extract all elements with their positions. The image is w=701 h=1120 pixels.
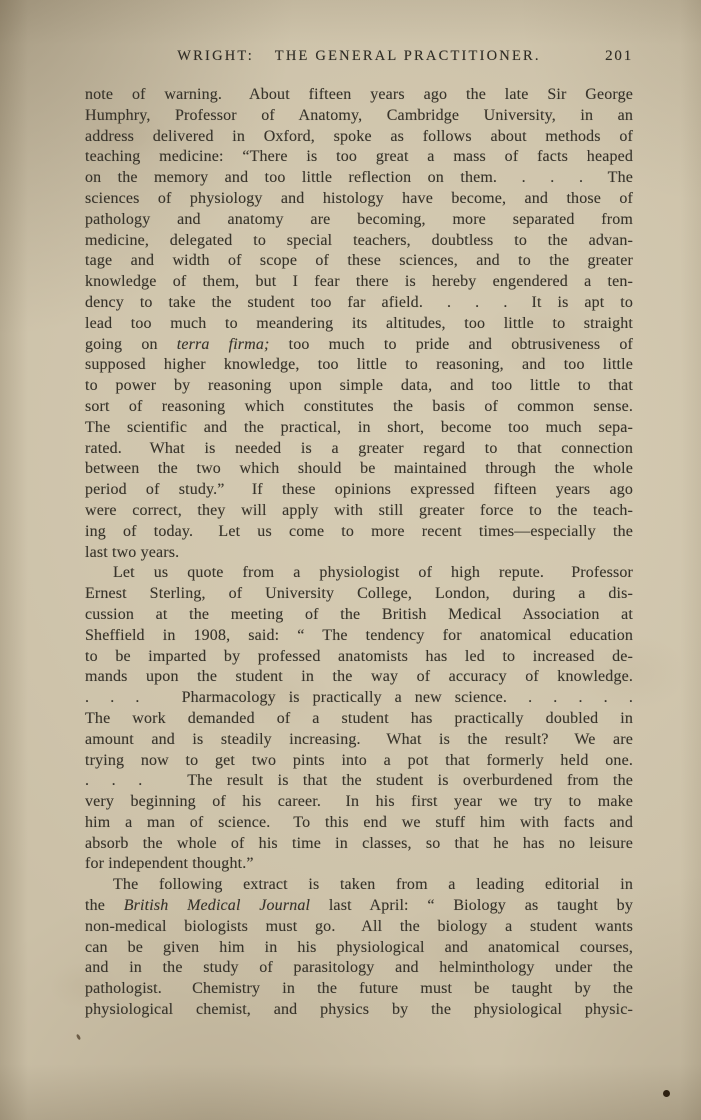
ink-speck: [76, 1034, 82, 1041]
ink-speck: [663, 1090, 670, 1097]
text-segment: Humphry, Professor of Anatomy, Cambridge…: [85, 107, 633, 124]
text-line: . . . The result is that the student is …: [85, 771, 633, 792]
text-segment: Sheffield in 1908, said: “ The tendency …: [85, 627, 633, 644]
text-line: Let us quote from a physiologist of high…: [85, 563, 633, 584]
text-line: going on terra firma; too much to pride …: [85, 335, 633, 356]
text-segment: The work demanded of a student has pract…: [85, 710, 633, 727]
italic-text-segment: terra firma;: [177, 336, 270, 353]
text-line: amount and is steadily increasing. What …: [85, 730, 633, 751]
text-line: note of warning. About fifteen years ago…: [85, 85, 633, 106]
text-segment: mands upon the student in the way of acc…: [85, 668, 633, 685]
text-segment: sciences of physiology and histology hav…: [85, 190, 633, 207]
text-line: cussion at the meeting of the British Me…: [85, 605, 633, 626]
text-segment: were correct, they will apply with still…: [85, 502, 633, 519]
text-line: on the memory and too little reflection …: [85, 168, 633, 189]
text-line: pathologist. Chemistry in the future mus…: [85, 979, 633, 1000]
text-line: can be given him in his physiological an…: [85, 938, 633, 959]
text-line: him a man of science. To this end we stu…: [85, 813, 633, 834]
text-segment: to be imparted by professed anatomists h…: [85, 648, 633, 665]
running-header: WRIGHT: THE GENERAL PRACTITIONER. 201: [85, 48, 633, 70]
text-line: last two years.: [85, 543, 633, 564]
header-title: WRIGHT: THE GENERAL PRACTITIONER.: [85, 48, 633, 65]
text-segment: teaching medicine: “There is too great a…: [85, 148, 633, 165]
text-segment: the: [85, 897, 124, 914]
text-segment: him a man of science. To this end we stu…: [85, 814, 633, 831]
text-line: the British Medical Journal last April: …: [85, 896, 633, 917]
text-segment: pathology and anatomy are becoming, more…: [85, 211, 633, 228]
page-number: 201: [605, 48, 633, 65]
page-body-text: note of warning. About fifteen years ago…: [85, 85, 633, 1021]
text-segment: The following extract is taken from a le…: [113, 876, 633, 893]
text-line: absorb the whole of his time in classes,…: [85, 834, 633, 855]
text-segment: Ernest Sterling, of University College, …: [85, 585, 633, 602]
text-line: trying now to get two pints into a pot t…: [85, 751, 633, 772]
text-segment: Let us quote from a physiologist of high…: [113, 564, 633, 581]
text-segment: dency to take the student too far afield…: [85, 294, 633, 311]
text-segment: and in the study of parasitology and hel…: [85, 959, 633, 976]
text-line: between the two which should be maintain…: [85, 459, 633, 480]
text-segment: pathologist. Chemistry in the future mus…: [85, 980, 633, 997]
text-line: for independent thought.”: [85, 854, 633, 875]
text-line: mands upon the student in the way of acc…: [85, 667, 633, 688]
text-line: rated. What is needed is a greater regar…: [85, 439, 633, 460]
book-page: { "colors": { "paper": "#cbc0a7", "ink":…: [0, 0, 701, 1120]
text-line: pathology and anatomy are becoming, more…: [85, 210, 633, 231]
text-line: knowledge of them, but I fear there is h…: [85, 272, 633, 293]
text-line: . . . Pharmacology is practically a new …: [85, 688, 633, 709]
text-line: Humphry, Professor of Anatomy, Cambridge…: [85, 106, 633, 127]
text-segment: to power by reasoning upon simple data, …: [85, 377, 633, 394]
text-segment: absorb the whole of his time in classes,…: [85, 835, 633, 852]
text-line: were correct, they will apply with still…: [85, 501, 633, 522]
text-segment: too much to pride and obtrusiveness of: [270, 336, 633, 353]
text-line: sort of reasoning which constitutes the …: [85, 397, 633, 418]
text-segment: . . . Pharmacology is practically a new …: [85, 689, 633, 706]
text-line: and in the study of parasitology and hel…: [85, 958, 633, 979]
text-line: physiological chemist, and physics by th…: [85, 1000, 633, 1021]
text-line: dency to take the student too far afield…: [85, 293, 633, 314]
text-line: sciences of physiology and histology hav…: [85, 189, 633, 210]
text-segment: supposed higher knowledge, too little to…: [85, 356, 633, 373]
text-line: to be imparted by professed anatomists h…: [85, 647, 633, 668]
text-line: tage and width of scope of these science…: [85, 251, 633, 272]
text-segment: sort of reasoning which constitutes the …: [85, 398, 633, 415]
text-segment: amount and is steadily increasing. What …: [85, 731, 633, 748]
text-segment: address delivered in Oxford, spoke as fo…: [85, 128, 633, 145]
text-segment: . . . The result is that the student is …: [85, 772, 633, 789]
text-line: teaching medicine: “There is too great a…: [85, 147, 633, 168]
text-segment: cussion at the meeting of the British Me…: [85, 606, 633, 623]
text-segment: tage and width of scope of these science…: [85, 252, 633, 269]
text-segment: trying now to get two pints into a pot t…: [85, 752, 633, 769]
text-segment: note of warning. About fifteen years ago…: [85, 86, 633, 103]
text-line: The following extract is taken from a le…: [85, 875, 633, 896]
text-line: The scientific and the practical, in sho…: [85, 418, 633, 439]
text-segment: last two years.: [85, 544, 179, 561]
text-line: address delivered in Oxford, spoke as fo…: [85, 127, 633, 148]
text-line: to power by reasoning upon simple data, …: [85, 376, 633, 397]
text-line: medicine, delegated to special teachers,…: [85, 231, 633, 252]
text-segment: lead too much to meandering its altitude…: [85, 315, 633, 332]
text-line: The work demanded of a student has pract…: [85, 709, 633, 730]
text-segment: physiological chemist, and physics by th…: [85, 1001, 633, 1018]
text-segment: period of study.” If these opinions expr…: [85, 481, 633, 498]
text-segment: medicine, delegated to special teachers,…: [85, 232, 633, 249]
text-segment: rated. What is needed is a greater regar…: [85, 440, 633, 457]
text-line: supposed higher knowledge, too little to…: [85, 355, 633, 376]
text-segment: can be given him in his physiological an…: [85, 939, 633, 956]
text-segment: non-medical biologists must go. All the …: [85, 918, 633, 935]
text-line: very beginning of his career. In his fir…: [85, 792, 633, 813]
text-segment: ing of today. Let us come to more recent…: [85, 523, 633, 540]
text-line: Ernest Sterling, of University College, …: [85, 584, 633, 605]
text-line: Sheffield in 1908, said: “ The tendency …: [85, 626, 633, 647]
text-segment: going on: [85, 336, 177, 353]
text-line: period of study.” If these opinions expr…: [85, 480, 633, 501]
text-segment: The scientific and the practical, in sho…: [85, 419, 633, 436]
text-segment: last April: “ Biology as taught by: [310, 897, 633, 914]
text-line: ing of today. Let us come to more recent…: [85, 522, 633, 543]
text-line: lead too much to meandering its altitude…: [85, 314, 633, 335]
text-segment: knowledge of them, but I fear there is h…: [85, 273, 633, 290]
text-segment: for independent thought.”: [85, 855, 254, 872]
text-segment: between the two which should be maintain…: [85, 460, 633, 477]
italic-text-segment: British Medical Journal: [124, 897, 310, 914]
text-segment: on the memory and too little reflection …: [85, 169, 633, 186]
text-line: non-medical biologists must go. All the …: [85, 917, 633, 938]
text-segment: very beginning of his career. In his fir…: [85, 793, 633, 810]
